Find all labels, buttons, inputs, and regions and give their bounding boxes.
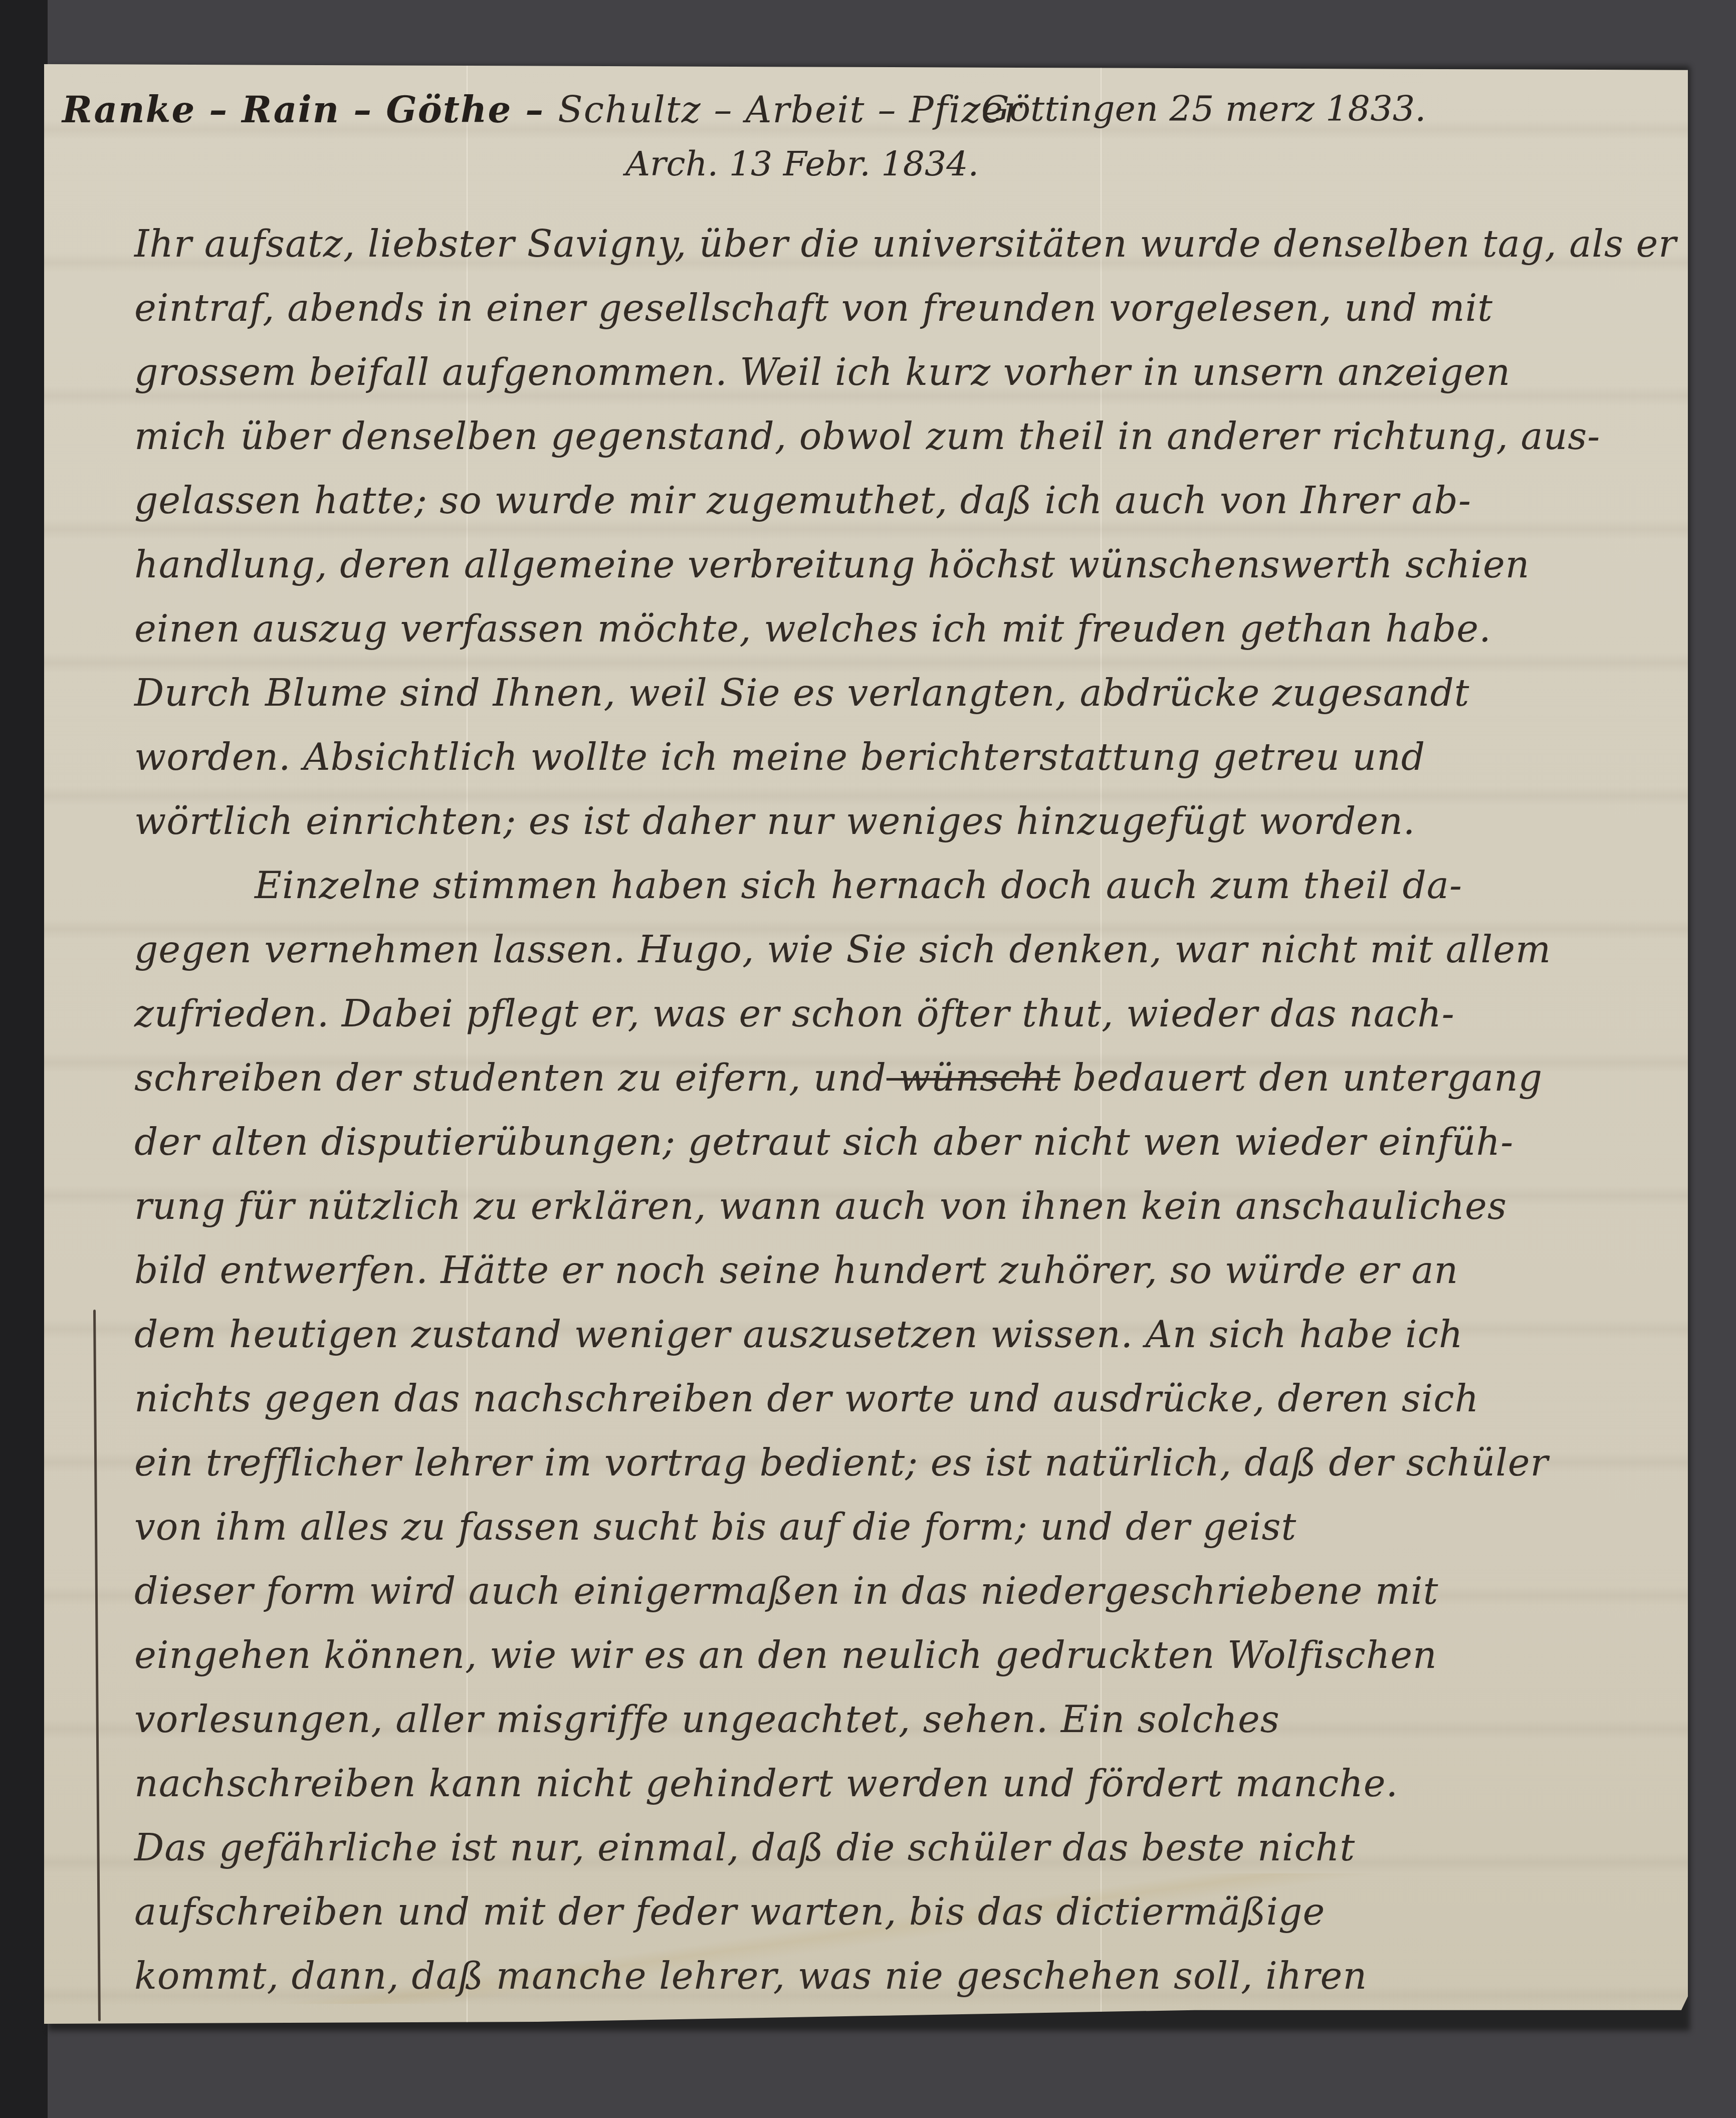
text-line-content: kommt, dann, daß manche lehrer, was nie … (134, 1955, 1367, 1998)
text-line-content: vorlesungen, aller misgriffe ungeachtet,… (134, 1698, 1280, 1741)
text-line: mich über denselben gegenstand, obwol zu… (134, 404, 1658, 469)
text-line-content: schreiben der studenten zu eifern, und (134, 1056, 887, 1100)
text-line-content: worden. Absichtlich wollte ich meine ber… (134, 736, 1425, 779)
text-line: vorlesungen, aller misgriffe ungeachtet,… (134, 1687, 1658, 1752)
text-line-content: zufrieden. Dabei pflegt er, was er schon… (134, 992, 1455, 1035)
text-line-content: nichts gegen das nachschreiben der worte… (134, 1377, 1479, 1420)
text-line: Einzelne stimmen haben sich hernach doch… (134, 854, 1658, 918)
text-line: dem heutigen zustand weniger auszusetzen… (134, 1303, 1658, 1367)
margin-marking-line (93, 1310, 101, 2021)
text-line: aufschreiben und mit der feder warten, b… (134, 1880, 1658, 1944)
text-line-content: der alten disputierübungen; getraut sich… (134, 1121, 1513, 1164)
header-names-bold: Ranke – Rain – Göthe – (62, 88, 544, 131)
text-line: ein trefflicher lehrer im vortrag bedien… (134, 1431, 1658, 1495)
text-line-content: mich über denselben gegenstand, obwol zu… (134, 415, 1600, 458)
text-line-content: dem heutigen zustand weniger auszusetzen… (134, 1313, 1463, 1356)
letter-body: Ihr aufsatz, liebster Savigny, über die … (134, 212, 1658, 2008)
text-line: kommt, dann, daß manche lehrer, was nie … (134, 1944, 1658, 2008)
text-line-content: Durch Blume sind Ihnen, weil Sie es verl… (134, 672, 1470, 715)
text-line: bild entwerfen. Hätte er noch seine hund… (134, 1238, 1658, 1303)
text-line-content: nachschreiben kann nicht gehindert werde… (134, 1762, 1398, 1805)
text-line: Das gefährliche ist nur, einmal, daß die… (134, 1816, 1658, 1880)
text-line-continuation: bedauert den untergang (1060, 1056, 1543, 1100)
text-line: rung für nützlich zu erklären, wann auch… (134, 1174, 1658, 1238)
text-line-content: gegen vernehmen lassen. Hugo, wie Sie si… (134, 928, 1551, 971)
letter-place-date: Göttingen 25 merz 1833. (981, 88, 1426, 129)
text-line: der alten disputierübungen; getraut sich… (134, 1110, 1658, 1174)
struck-out-word: wünscht (887, 1056, 1060, 1100)
text-line: zufrieden. Dabei pflegt er, was er schon… (134, 982, 1658, 1046)
scanner-mount-edge (0, 0, 48, 2118)
text-line: dieser form wird auch einigermaßen in da… (134, 1559, 1658, 1623)
text-line-content: von ihm alles zu fassen sucht bis auf di… (134, 1506, 1296, 1549)
text-line-content: handlung, deren allgemeine verbreitung h… (134, 543, 1530, 586)
header-names-light: Schultz – Arbeit – Pfizer (558, 89, 1022, 131)
text-line: eingehen können, wie wir es an den neuli… (134, 1623, 1658, 1687)
text-line-content: bild entwerfen. Hätte er noch seine hund… (134, 1249, 1458, 1292)
text-line: gegen vernehmen lassen. Hugo, wie Sie si… (134, 918, 1658, 982)
text-line: worden. Absichtlich wollte ich meine ber… (134, 725, 1658, 789)
text-line: schreiben der studenten zu eifern, und w… (134, 1046, 1658, 1110)
text-line-content: einen auszug verfassen möchte, welches i… (134, 607, 1491, 651)
text-line-content: Einzelne stimmen haben sich hernach doch… (255, 864, 1462, 907)
text-line: handlung, deren allgemeine verbreitung h… (134, 533, 1658, 597)
text-line: nichts gegen das nachschreiben der worte… (134, 1367, 1658, 1431)
header-archive-note: Arch. 13 Febr. 1834. (625, 144, 979, 184)
text-line-content: wörtlich einrichten; es ist daher nur we… (134, 800, 1415, 843)
text-line: grossem beifall aufgenommen. Weil ich ku… (134, 340, 1658, 404)
text-line: nachschreiben kann nicht gehindert werde… (134, 1752, 1658, 1816)
text-line: einen auszug verfassen möchte, welches i… (134, 597, 1658, 661)
text-line: Durch Blume sind Ihnen, weil Sie es verl… (134, 661, 1658, 725)
text-line: Ihr aufsatz, liebster Savigny, über die … (134, 212, 1658, 276)
text-line-content: Ihr aufsatz, liebster Savigny, über die … (134, 223, 1736, 266)
text-line: von ihm alles zu fassen sucht bis auf di… (134, 1495, 1658, 1559)
text-line: wörtlich einrichten; es ist daher nur we… (134, 789, 1658, 854)
text-line: gelassen hatte; so wurde mir zugemuthet,… (134, 469, 1658, 533)
text-line-content: dieser form wird auch einigermaßen in da… (134, 1570, 1438, 1613)
text-line-content: ein trefflicher lehrer im vortrag bedien… (134, 1441, 1549, 1485)
text-line-content: gelassen hatte; so wurde mir zugemuthet,… (134, 479, 1471, 522)
text-line-content: grossem beifall aufgenommen. Weil ich ku… (134, 351, 1510, 394)
header-annotation-names: Ranke – Rain – Göthe – Schultz – Arbeit … (62, 88, 1022, 131)
text-line-content: aufschreiben und mit der feder warten, b… (134, 1890, 1325, 1934)
text-line-content: eingehen können, wie wir es an den neuli… (134, 1634, 1437, 1677)
text-line: eintraf, abends in einer gesellschaft vo… (134, 276, 1658, 340)
text-line-content: Das gefährliche ist nur, einmal, daß die… (134, 1826, 1355, 1869)
letter-page: Ranke – Rain – Göthe – Schultz – Arbeit … (44, 64, 1688, 2024)
text-line-content: eintraf, abends in einer gesellschaft vo… (134, 287, 1493, 330)
text-line-content: rung für nützlich zu erklären, wann auch… (134, 1185, 1507, 1228)
